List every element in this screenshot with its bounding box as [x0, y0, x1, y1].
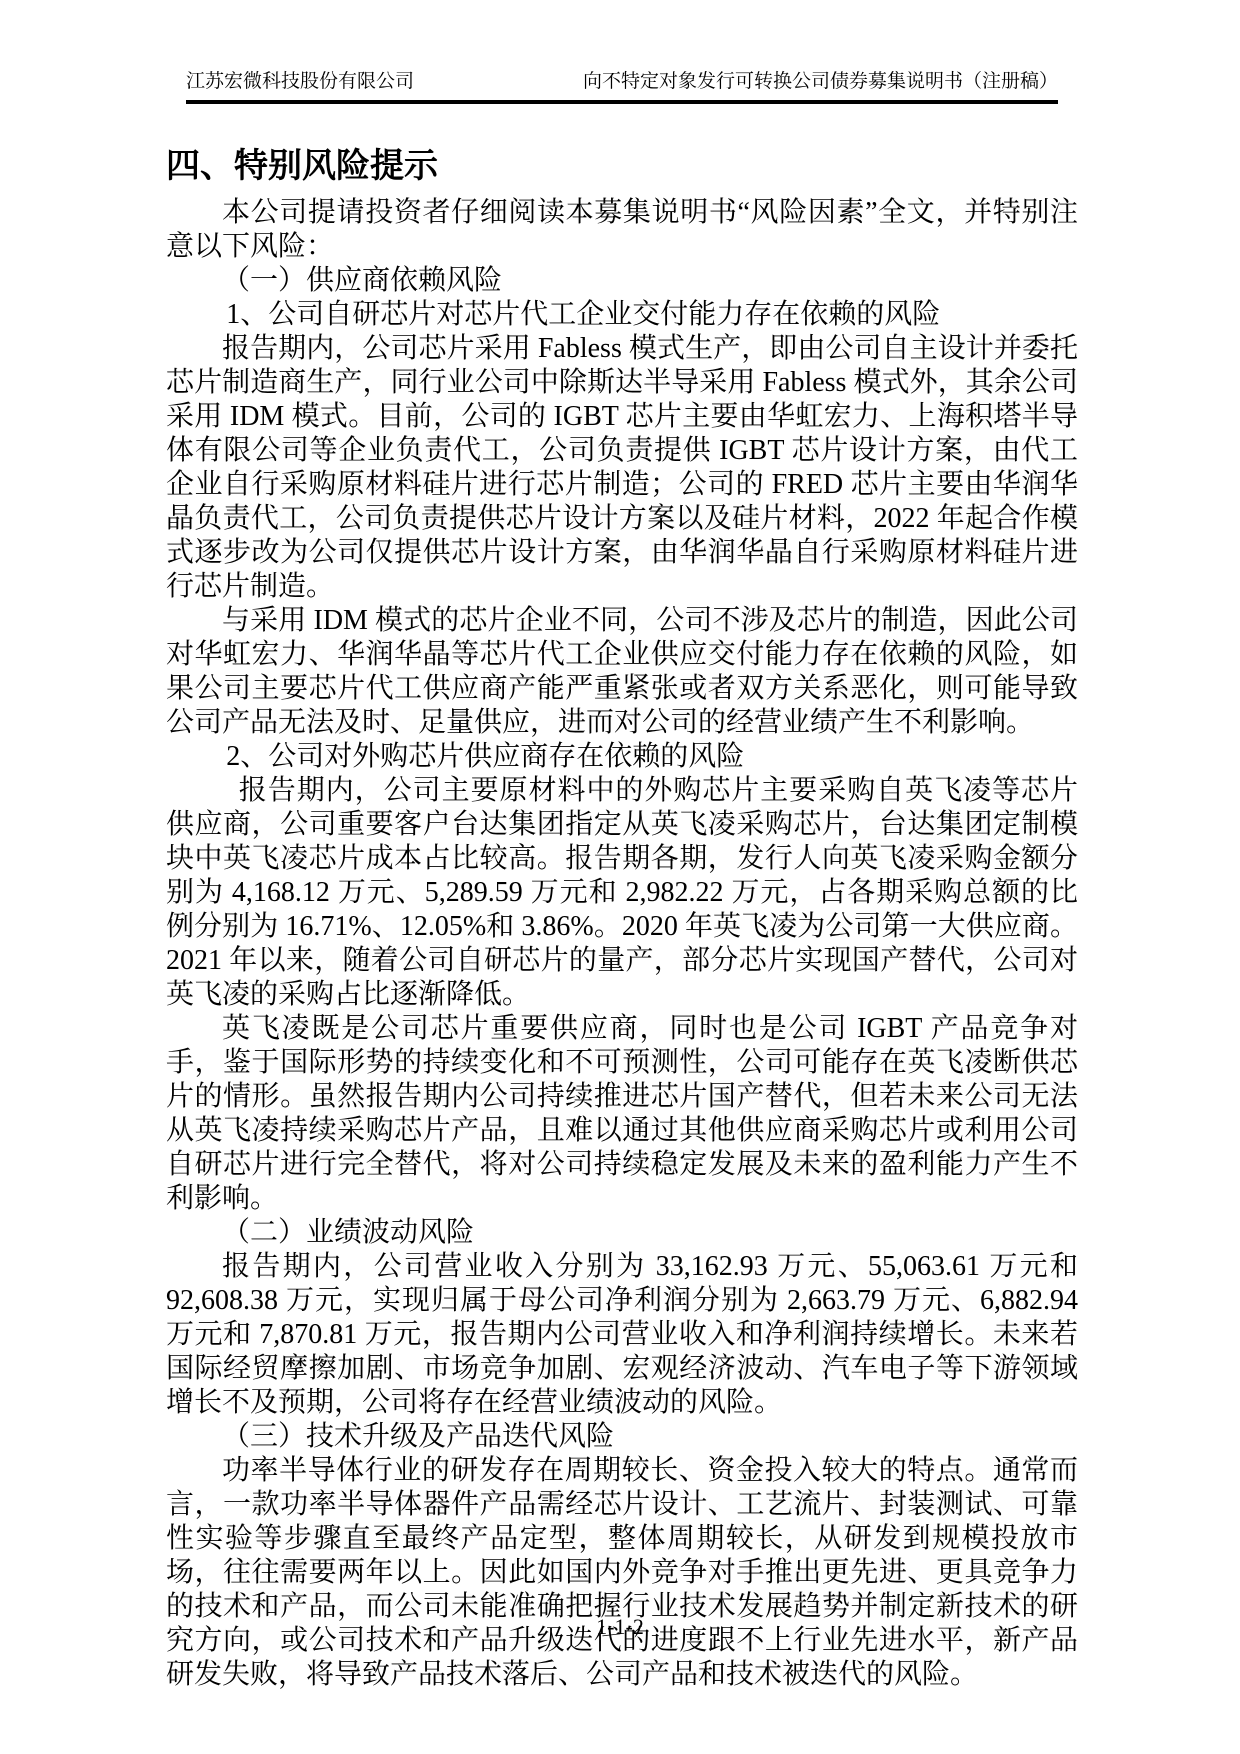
- paragraph-infineon-procurement: 报告期内，公司主要原材料中的外购芯片主要采购自英飞凌等芯片供应商，公司重要客户台…: [166, 774, 1078, 1012]
- document-page: 江苏宏微科技股份有限公司 向不特定对象发行可转换公司债券募集说明书（注册稿） 四…: [0, 0, 1240, 1754]
- document-content: 四、特别风险提示 本公司提请投资者仔细阅读本募集说明书“风险因素”全文，并特别注…: [166, 146, 1078, 1692]
- subheading-external-chip-supplier-risk: 2、公司对外购芯片供应商存在依赖的风险: [166, 740, 1078, 774]
- subheading-foundry-dependence-risk: 1、公司自研芯片对芯片代工企业交付能力存在依赖的风险: [166, 298, 1078, 332]
- intro-paragraph: 本公司提请投资者仔细阅读本募集说明书“风险因素”全文，并特别注意以下风险：: [166, 196, 1078, 264]
- heading-supplier-dependence-risk: （一）供应商依赖风险: [166, 264, 1078, 298]
- paragraph-idm-comparison: 与采用 IDM 模式的芯片企业不同，公司不涉及芯片的制造，因此公司对华虹宏力、华…: [166, 604, 1078, 740]
- paragraph-rnd-cycle: 功率半导体行业的研发存在周期较长、资金投入较大的特点。通常而言，一款功率半导体器…: [166, 1454, 1078, 1692]
- header-document-title: 向不特定对象发行可转换公司债券募集说明书（注册稿）: [583, 70, 1058, 94]
- section-title: 四、特别风险提示: [166, 146, 1078, 188]
- paragraph-infineon-competition: 英飞凌既是公司芯片重要供应商，同时也是公司 IGBT 产品竞争对手，鉴于国际形势…: [166, 1012, 1078, 1216]
- paragraph-fabless-model: 报告期内，公司芯片采用 Fabless 模式生产，即由公司自主设计并委托芯片制造…: [166, 332, 1078, 604]
- page-header: 江苏宏微科技股份有限公司 向不特定对象发行可转换公司债券募集说明书（注册稿）: [186, 70, 1058, 104]
- heading-technology-upgrade-risk: （三）技术升级及产品迭代风险: [166, 1420, 1078, 1454]
- page-number: 1-1-2: [596, 1614, 644, 1639]
- page-footer: 1-1-2: [0, 1613, 1240, 1641]
- heading-performance-fluctuation-risk: （二）业绩波动风险: [166, 1216, 1078, 1250]
- paragraph-revenue-profit: 报告期内，公司营业收入分别为 33,162.93 万元、55,063.61 万元…: [166, 1250, 1078, 1420]
- header-company-name: 江苏宏微科技股份有限公司: [186, 70, 414, 94]
